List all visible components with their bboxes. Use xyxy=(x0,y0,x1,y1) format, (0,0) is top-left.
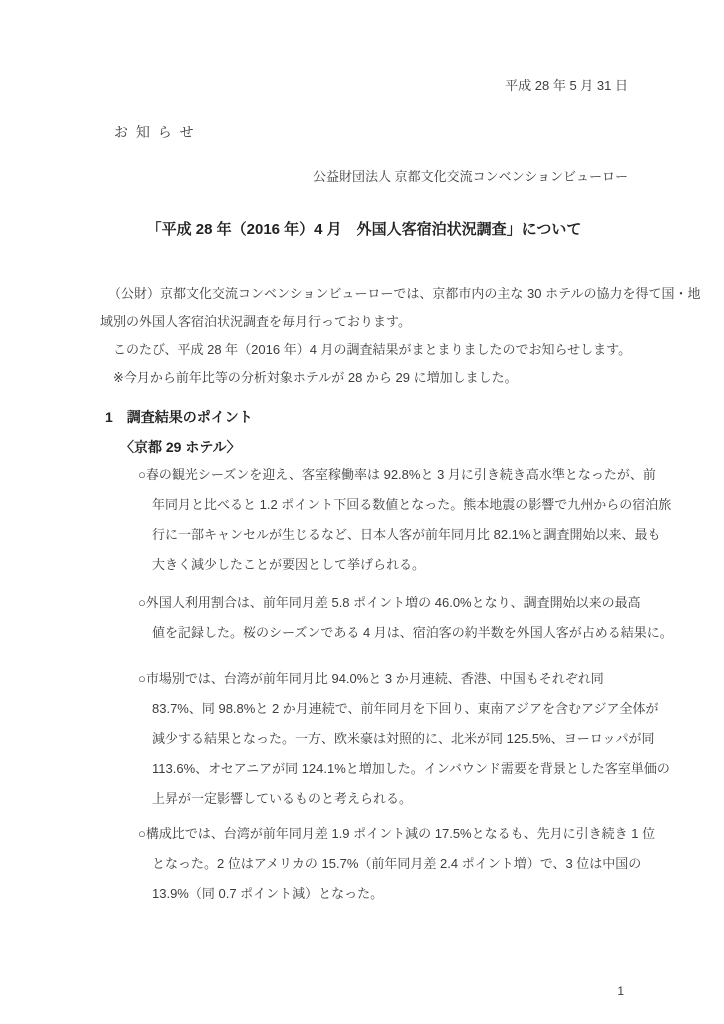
intro-section: （公財）京都文化交流コンベンションビューローでは、京都市内の主な 30 ホテルの… xyxy=(100,280,628,392)
section-subheading: 〈京都 29 ホテル〉 xyxy=(120,436,628,458)
section-heading: 1 調査結果のポイント xyxy=(105,406,628,428)
text-line: （公財）京都文化交流コンベンションビューローでは、京都市内の主な 30 ホテルの… xyxy=(108,280,628,308)
text-line: となった。2 位はアメリカの 15.7%（前年同月差 2.4 ポイント増）で、3… xyxy=(152,849,628,879)
intro-paragraph-1: （公財）京都文化交流コンベンションビューローでは、京都市内の主な 30 ホテルの… xyxy=(100,280,628,336)
text-line: ○春の観光シーズンを迎え、客室稼働率は 92.8%と 3 月に引き続き高水準とな… xyxy=(138,460,628,490)
text-line: ○構成比では、台湾が前年同月差 1.9 ポイント減の 17.5%となるも、先月に… xyxy=(138,819,628,849)
text-line: 83.7%、同 98.8%と 2 か月連続で、前年同月を下回り、東南アジアを含む… xyxy=(152,694,628,724)
bullet-item-3: ○市場別では、台湾が前年同月比 94.0%と 3 か月連続、香港、中国もそれぞれ… xyxy=(100,664,628,814)
text-line: 行に一部キャンセルが生じるなど、日本人客が前年同月比 82.1%と調査開始以来、… xyxy=(152,520,628,550)
bullet-item-4: ○構成比では、台湾が前年同月差 1.9 ポイント減の 17.5%となるも、先月に… xyxy=(100,819,628,909)
organization-name: 公益財団法人 京都文化交流コンベンションビューロー xyxy=(100,167,628,187)
text-line: ○市場別では、台湾が前年同月比 94.0%と 3 か月連続、香港、中国もそれぞれ… xyxy=(138,664,628,694)
bullet-item-2: ○外国人利用割合は、前年同月差 5.8 ポイント増の 46.0%となり、調査開始… xyxy=(100,588,628,648)
document-page: 平成 28 年 5 月 31 日 お 知 ら せ 公益財団法人 京都文化交流コン… xyxy=(0,0,724,1024)
text-line: 上昇が一定影響しているものと考えられる。 xyxy=(152,784,628,814)
text-line: 域別の外国人客宿泊状況調査を毎月行っております。 xyxy=(100,308,628,336)
intro-paragraph-3: ※今月から前年比等の分析対象ホテルが 28 から 29 に増加しました。 xyxy=(113,364,628,392)
document-title: 「平成 28 年（2016 年）4 月 外国人客宿泊状況調査」について xyxy=(100,219,628,241)
text-line: 13.9%（同 0.7 ポイント減）となった。 xyxy=(152,879,628,909)
text-line: 減少する結果となった。一方、欧米豪は対照的に、北米が同 125.5%、ヨーロッパ… xyxy=(152,724,628,754)
text-line: 大きく減少したことが要因として挙げられる。 xyxy=(152,550,628,580)
bullet-item-1: ○春の観光シーズンを迎え、客室稼働率は 92.8%と 3 月に引き続き高水準とな… xyxy=(100,460,628,580)
intro-paragraph-2: このたび、平成 28 年（2016 年）4 月の調査結果がまとまりましたのでお知… xyxy=(113,336,628,364)
text-line: 値を記録した。桜のシーズンである 4 月は、宿泊客の約半数を外国人客が占める結果… xyxy=(152,618,628,648)
text-line: ○外国人利用割合は、前年同月差 5.8 ポイント増の 46.0%となり、調査開始… xyxy=(138,588,628,618)
page-number: 1 xyxy=(617,984,624,998)
text-line: 113.6%、オセアニアが同 124.1%と増加した。インバウンド需要を背景とし… xyxy=(152,754,628,784)
text-line: 年同月と比べると 1.2 ポイント下回る数値となった。熊本地震の影響で九州からの… xyxy=(152,490,628,520)
document-date: 平成 28 年 5 月 31 日 xyxy=(100,76,628,96)
document-content: 平成 28 年 5 月 31 日 お 知 ら せ 公益財団法人 京都文化交流コン… xyxy=(0,0,724,909)
notice-label: お 知 ら せ xyxy=(114,122,628,142)
